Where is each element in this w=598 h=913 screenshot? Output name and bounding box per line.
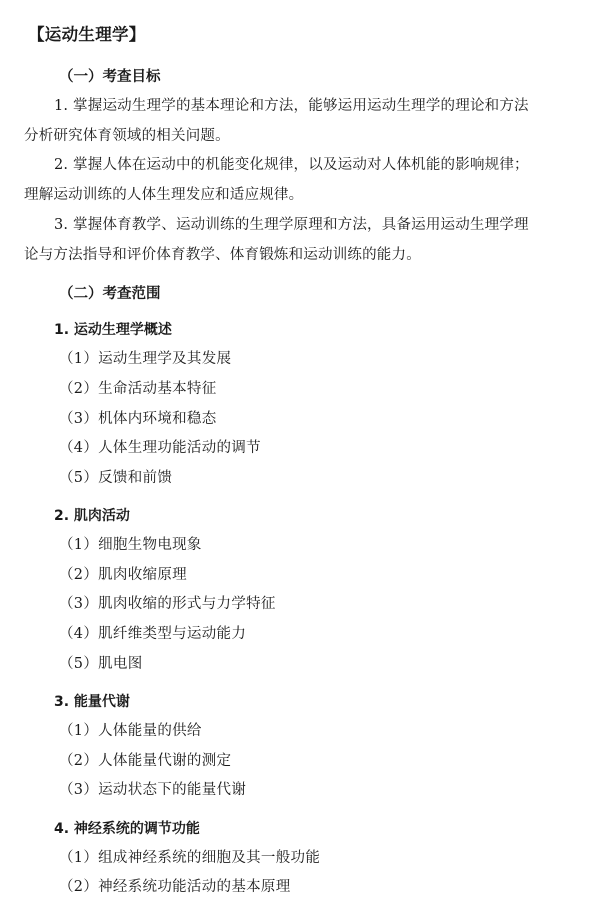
section-heading-objectives: （一）考查目标 [59, 67, 161, 87]
topic-4-item: （2）神经系统功能活动的基本原理 [59, 877, 291, 897]
topic-2-item: （2）肌肉收缩原理 [59, 565, 187, 585]
topic-3-item: （1）人体能量的供给 [59, 721, 202, 741]
topic-1-title: 1. 运动生理学概述 [54, 320, 172, 340]
topic-1-item: （3）机体内环境和稳态 [59, 409, 217, 429]
topic-3-item: （3）运动状态下的能量代谢 [59, 780, 246, 800]
topic-2-item: （4）肌纤维类型与运动能力 [59, 624, 246, 644]
objective-3-line-2: 论与方法指导和评价体育教学、体育锻炼和运动训练的能力。 [24, 245, 421, 265]
topic-4-item: （1）组成神经系统的细胞及其一般功能 [59, 848, 320, 868]
topic-2-item: （1）细胞生物电现象 [59, 535, 202, 555]
topic-4-title: 4. 神经系统的调节功能 [54, 819, 200, 839]
topic-2-item: （5）肌电图 [59, 654, 143, 674]
topic-1-item: （5）反馈和前馈 [59, 468, 172, 488]
topic-3-title: 3. 能量代谢 [54, 692, 130, 712]
objective-3-line-1: 3. 掌握体育教学、运动训练的生理学原理和方法，具备运用运动生理学理 [54, 215, 529, 235]
document-title: 【运动生理学】 [28, 25, 146, 45]
objective-1-line-2: 分析研究体育领域的相关问题。 [24, 126, 230, 146]
topic-2-item: （3）肌肉收缩的形式与力学特征 [59, 594, 276, 614]
topic-2-title: 2. 肌肉活动 [54, 506, 130, 526]
section-heading-scope: （二）考查范围 [59, 284, 161, 304]
objective-2-line-2: 理解运动训练的人体生理发应和适应规律。 [24, 185, 303, 205]
topic-1-item: （1）运动生理学及其发展 [59, 349, 231, 369]
topic-1-item: （4）人体生理功能活动的调节 [59, 438, 261, 458]
objective-1-line-1: 1. 掌握运动生理学的基本理论和方法，能够运用运动生理学的理论和方法 [54, 96, 529, 116]
topic-1-item: （2）生命活动基本特征 [59, 379, 217, 399]
objective-2-line-1: 2. 掌握人体在运动中的机能变化规律，以及运动对人体机能的影响规律； [54, 155, 529, 175]
topic-3-item: （2）人体能量代谢的测定 [59, 751, 231, 771]
